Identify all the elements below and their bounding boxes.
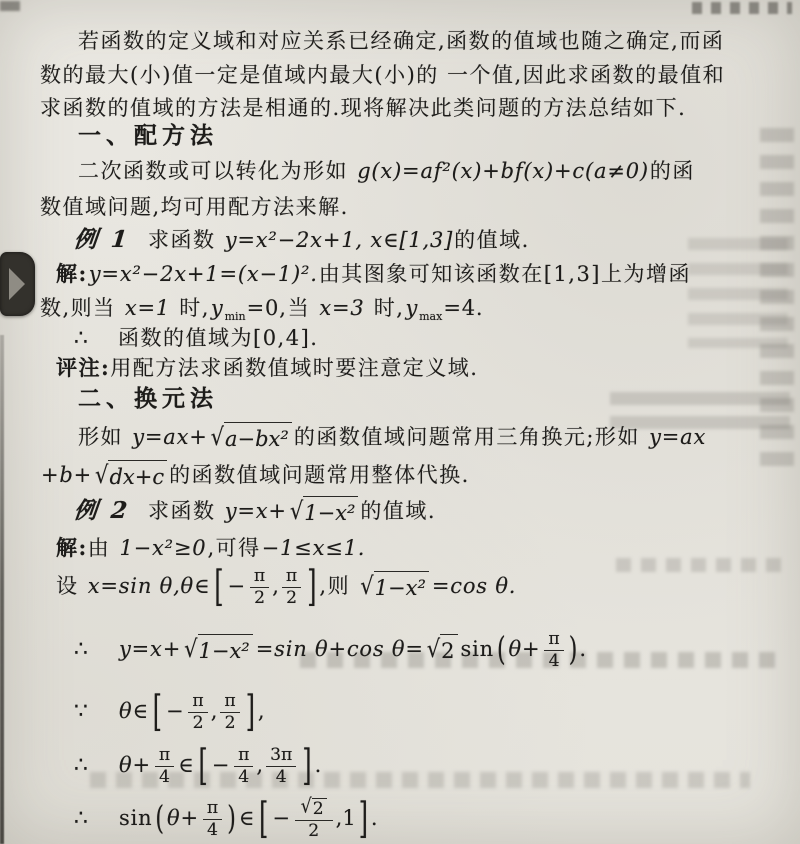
minus-sign: − <box>272 806 290 830</box>
solution2-line-1: 解:由 1−x²≥0,可得−1≤x≤1. <box>56 533 366 563</box>
heading-text: 二、换元法 <box>78 385 218 412</box>
square-root: √1−x² <box>360 571 429 603</box>
prose-text: 的函数值域问题常用整体代换. <box>169 463 470 487</box>
radicand: 2 <box>312 798 327 819</box>
example2-label: 例 2 <box>72 496 131 526</box>
solution1-line-1: 解:y=x²−2x+1=(x−1)².由其图象可知该函数在[1,3]上为增函 <box>56 259 691 289</box>
big-right-bracket: ] <box>246 684 255 738</box>
period: . <box>579 637 586 661</box>
big-left-bracket: [ <box>214 559 223 613</box>
scanned-textbook-page: 若函数的定义域和对应关系已经确定,函数的值域也随之确定,而函 数的最大(小)值一… <box>0 0 800 844</box>
radical-sign: √ <box>290 494 303 529</box>
square-root: √1−x² <box>184 634 253 666</box>
prose-text: 的函数值域问题常用三角换元;形如 <box>294 425 648 449</box>
radical-sign: √ <box>301 797 312 819</box>
section2-body-line-1: 形如 y=ax+√a−bx²的函数值域问题常用三角换元;形如 y=ax <box>78 422 707 454</box>
sin-function: sin <box>461 637 494 661</box>
sin-function: sin <box>119 806 152 830</box>
big-right-paren: ) <box>569 628 578 673</box>
comma: , <box>272 574 279 598</box>
radical-sign: √ <box>95 458 108 493</box>
remark-line: 评注:用配方法求函数值域时要注意定义域. <box>56 353 478 383</box>
prose-text: 求函数的值域的方法是相通的.现将解决此类问题的方法总结如下. <box>40 96 686 120</box>
math-expression: =cos θ. <box>432 574 516 598</box>
denominator: 2 <box>193 713 204 733</box>
prose-text: 二次函数或可以转化为形如 <box>78 159 356 183</box>
square-root: √a−bx² <box>211 422 292 454</box>
bleed-through-smudge <box>688 238 788 348</box>
fraction-pi-4: π4 <box>203 799 222 840</box>
heading-text: 一、配方法 <box>78 122 218 149</box>
denominator: 4 <box>276 767 287 787</box>
radical-sign: √ <box>211 420 224 455</box>
prose-text: 形如 <box>78 425 131 449</box>
big-right-paren: ) <box>227 797 236 842</box>
numerator: π <box>188 692 207 713</box>
element-of-symbol: ∈ <box>239 806 255 830</box>
big-right-bracket: ] <box>307 559 316 613</box>
sin-range-line: ∴sin(θ+π4)∈[−√22,1]. <box>74 798 378 841</box>
prose-text: 数的最大(小)值一定是值域内最大(小)的 一个值,因此求函数的最值和 <box>40 63 725 87</box>
math-variable: y <box>405 296 418 320</box>
minus-sign: − <box>228 574 246 598</box>
remark-label: 评注: <box>56 355 110 380</box>
fraction-pi-4: π4 <box>234 746 253 787</box>
prose-text: 求函数 <box>148 499 224 523</box>
numerator: π <box>155 746 174 767</box>
prose-text: ,可得 <box>207 536 260 560</box>
numerator: π <box>203 799 222 820</box>
radicand: 2 <box>440 634 457 666</box>
bleed-through-smudge <box>760 128 794 468</box>
solution-label: 解: <box>56 535 88 560</box>
numerator: π <box>544 630 563 651</box>
math-expression: x=sin θ,θ∈ <box>88 574 211 598</box>
solution-label: 解: <box>56 261 88 286</box>
math-expression: θ+ <box>119 753 151 777</box>
denominator: 4 <box>549 651 560 671</box>
prose-text: 函数的值域为[0,4]. <box>118 326 318 350</box>
section1-heading: 一、配方法 <box>78 121 218 151</box>
math-expression: θ∈ <box>119 699 149 723</box>
bleed-through-smudge <box>616 558 788 572</box>
math-expression: y=x+ <box>225 499 287 523</box>
section1-body-line-1: 二次函数或可以转化为形如 g(x)=af²(x)+bf(x)+c(a≠0)的函 <box>78 156 695 186</box>
math-expression: θ+ <box>509 637 541 661</box>
comma: , <box>256 753 263 777</box>
math-expression: =sin θ+cos θ= <box>256 637 424 661</box>
because-symbol: ∵ <box>74 699 88 724</box>
section1-body-line-2: 数值域问题,均可用配方法来解. <box>40 192 349 222</box>
prose-text: 设 <box>56 574 87 598</box>
prose-text: 的函 <box>650 159 695 183</box>
therefore-symbol: ∴ <box>74 637 88 662</box>
theta-shift-line: ∴θ+π4∈[−π4,3π4]. <box>74 746 321 787</box>
radicand: 1−x² <box>303 496 358 528</box>
numerator: π <box>250 567 269 588</box>
number-one: 1 <box>342 806 355 830</box>
math-expression: y=ax+ <box>132 425 207 449</box>
prose-text: 用配方法求函数值域时要注意定义域. <box>110 356 478 380</box>
intro-line-1: 若函数的定义域和对应关系已经确定,函数的值域也随之确定,而函 <box>78 26 724 56</box>
radical-sign: √ <box>360 569 373 604</box>
radicand: a−bx² <box>224 422 292 454</box>
math-expression: y=x+ <box>119 637 181 661</box>
math-expression: x=1 <box>125 296 170 320</box>
page-marker-tab <box>0 252 35 316</box>
subscript-min: min <box>225 310 246 323</box>
prose-text: 的值域. <box>454 228 530 252</box>
prose-text: 时, <box>366 296 405 320</box>
subscript-max: max <box>419 310 442 323</box>
because-line: ∵θ∈[−π2,π2], <box>74 692 265 733</box>
math-variable: y <box>211 296 224 320</box>
period: . <box>315 753 322 777</box>
denominator: 2 <box>286 588 297 608</box>
fraction-3pi-4: 3π4 <box>266 746 296 787</box>
minus-sign: − <box>212 753 230 777</box>
denominator: 4 <box>159 767 170 787</box>
math-expression: y=ax <box>649 425 706 449</box>
right-arrow-icon <box>9 268 25 300</box>
prose-text: 由其图象可知该函数在[1,3]上为增函 <box>319 262 691 286</box>
math-expression: g(x)=af²(x)+bf(x)+c(a≠0) <box>357 159 649 183</box>
denominator: 4 <box>207 820 218 840</box>
fraction-pi-2: π2 <box>250 567 269 608</box>
intro-line-2: 数的最大(小)值一定是值域内最大(小)的 一个值,因此求函数的最值和 <box>40 60 725 90</box>
book-spine-edge <box>0 335 4 844</box>
denominator: 2 <box>225 713 236 733</box>
period: . <box>371 806 378 830</box>
fraction-pi-2: π2 <box>220 692 239 733</box>
section2-heading: 二、换元法 <box>78 384 218 414</box>
math-expression: =0, <box>247 296 287 320</box>
numerator: √2 <box>295 798 333 821</box>
intro-line-3: 求函数的值域的方法是相通的.现将解决此类问题的方法总结如下. <box>40 93 686 123</box>
prose-text: ,则 <box>319 574 358 598</box>
numerator: 3π <box>266 746 296 767</box>
radicand: 1−x² <box>198 634 253 666</box>
prose-text: 由 <box>88 536 119 560</box>
comma: , <box>211 699 218 723</box>
fraction-pi-4: π4 <box>544 630 563 671</box>
math-expression: y=x²−2x+1=(x−1)². <box>89 262 318 286</box>
fraction-pi-2: π2 <box>188 692 207 733</box>
radical-sign: √ <box>427 632 440 667</box>
substitution-line: 设 x=sin θ,θ∈[−π2,π2],则 √1−x²=cos θ. <box>56 567 517 608</box>
square-root-2: √2 <box>427 634 458 666</box>
conclusion1-line: ∴函数的值域为[0,4]. <box>74 323 318 354</box>
example2-line: 例 2求函数 y=x+√1−x²的值域. <box>74 496 436 528</box>
math-expression: y=x²−2x+1, x∈[1,3] <box>225 228 453 252</box>
prose-text: 数,则当 <box>40 296 124 320</box>
big-left-bracket: [ <box>259 791 268 844</box>
square-root-2: √2 <box>301 798 327 819</box>
numerator: π <box>282 567 301 588</box>
big-right-bracket: ] <box>359 791 368 844</box>
square-root: √1−x² <box>290 496 359 528</box>
therefore-symbol: ∴ <box>74 326 88 351</box>
bleed-through-smudge <box>0 1 20 11</box>
element-of-symbol: ∈ <box>178 753 194 777</box>
denominator: 2 <box>254 588 265 608</box>
math-expression: x=3 <box>319 296 364 320</box>
square-root: √dx+c <box>95 460 167 492</box>
radical-sign: √ <box>184 632 197 667</box>
section2-body-line-2: +b+√dx+c的函数值域问题常用整体代换. <box>40 460 470 492</box>
big-right-bracket: ] <box>302 738 311 792</box>
math-expression: θ+ <box>167 806 199 830</box>
math-expression: +b+ <box>41 463 92 487</box>
denominator: 2 <box>308 821 319 841</box>
radicand: dx+c <box>108 460 167 492</box>
prose-text: 时, <box>171 296 210 320</box>
big-left-paren: ( <box>497 628 506 673</box>
minus-sign: − <box>166 699 184 723</box>
therefore-symbol: ∴ <box>74 806 88 831</box>
therefore-symbol: ∴ <box>74 753 88 778</box>
big-left-bracket: [ <box>153 684 162 738</box>
denominator: 4 <box>238 767 249 787</box>
radicand: 1−x² <box>374 571 429 603</box>
math-expression: =4. <box>443 296 483 320</box>
prose-text: 求函数 <box>148 228 224 252</box>
example1-label: 例 1 <box>72 225 131 255</box>
equation-line: ∴y=x+√1−x²=sin θ+cos θ=√2sin(θ+π4). <box>74 630 586 671</box>
prose-text: 数值域问题,均可用配方法来解. <box>40 195 349 219</box>
big-left-bracket: [ <box>199 738 208 792</box>
fraction-sqrt2-2: √22 <box>295 798 333 841</box>
prose-text: 的值域. <box>360 499 436 523</box>
numerator: π <box>220 692 239 713</box>
numerator: π <box>234 746 253 767</box>
bleed-through-smudge <box>692 2 792 14</box>
comma: , <box>258 699 265 723</box>
prose-text: 当 <box>288 296 319 320</box>
fraction-pi-4: π4 <box>155 746 174 787</box>
prose-text: 若函数的定义域和对应关系已经确定,函数的值域也随之确定,而函 <box>78 29 724 53</box>
big-left-paren: ( <box>155 797 164 842</box>
math-expression: 1−x²≥0 <box>119 536 206 560</box>
math-expression: −1≤x≤1. <box>262 536 366 560</box>
example1-line: 例 1求函数 y=x²−2x+1, x∈[1,3]的值域. <box>74 225 530 255</box>
fraction-pi-2: π2 <box>282 567 301 608</box>
